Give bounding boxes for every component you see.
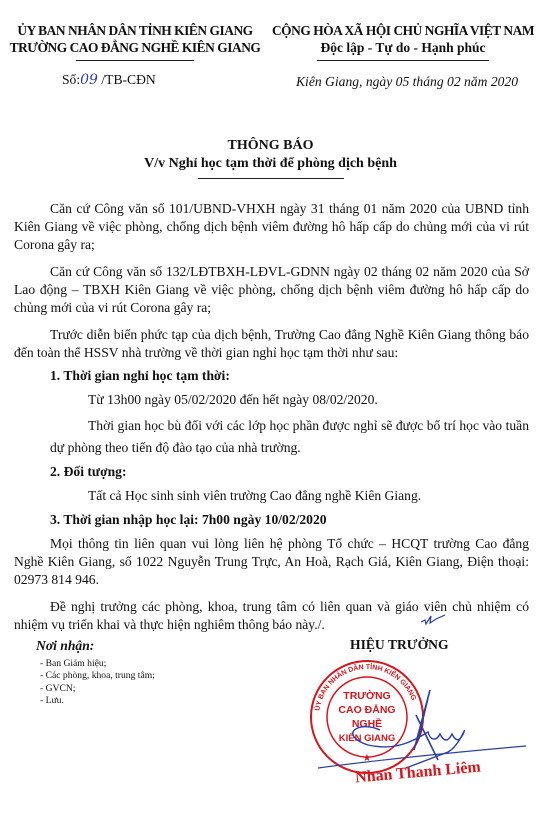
signer-title: HIỆU TRƯỞNG: [350, 637, 449, 653]
header-left-underline: [76, 60, 194, 61]
school-name-line: TRƯỜNG CAO ĐẲNG NGHỀ KIÊN GIANG: [0, 39, 270, 56]
document-body: Căn cứ Công văn số 101/UBND-VHXH ngày 31…: [14, 200, 529, 643]
national-title: CỘNG HÒA XÃ HỘI CHỦ NGHĨA VIỆT NAM: [268, 22, 538, 39]
receiver-item: - Các phòng, khoa, trung tâm;: [40, 670, 155, 682]
handwritten-number: 09: [80, 72, 98, 88]
section-3-heading: 3. Thời gian nhập học lại: 7h00 ngày 10/…: [14, 511, 529, 529]
paragraph-contact: Mọi thông tin liên quan vui lòng liên hệ…: [14, 535, 529, 589]
doc-number-suffix: /TB-CĐN: [98, 72, 156, 87]
document-title-block: THÔNG BÁO V/v Nghỉ học tạm thời để phòng…: [0, 137, 541, 179]
paragraph-legal-basis-2: Căn cứ Công văn số 132/LĐTBXH-LĐVL-GDNN …: [14, 263, 529, 317]
receiver-item: - GVCN;: [40, 683, 155, 695]
handwritten-signature-icon: [318, 690, 528, 770]
section-2-target: Tất cả Học sinh sinh viên trường Cao đẳn…: [14, 487, 529, 505]
document-subject: V/v Nghỉ học tạm thời để phòng dịch bệnh: [0, 155, 541, 172]
paragraph-legal-basis-1: Căn cứ Công văn số 101/UBND-VHXH ngày 31…: [14, 200, 529, 254]
receiver-item: - Lưu.: [40, 695, 155, 707]
receivers-block: Nơi nhận: - Ban Giám hiệu; - Các phòng, …: [36, 638, 155, 707]
doc-number-prefix: Số:: [62, 72, 80, 87]
paragraph-directive: Đề nghị trưởng các phòng, khoa, trung tâ…: [14, 598, 529, 634]
receivers-list: - Ban Giám hiệu; - Các phòng, khoa, trun…: [36, 658, 155, 707]
motto-underline: [317, 60, 489, 61]
section-1-makeup: Thời gian học bù đối với các lớp học phầ…: [14, 415, 529, 459]
section-1-heading: 1. Thời gian nghỉ học tạm thời:: [14, 367, 529, 385]
paragraph-context: Trước diễn biến phức tạp của dịch bệnh, …: [14, 326, 529, 362]
document-title: THÔNG BÁO: [0, 137, 541, 155]
issuing-authority-header: ỦY BAN NHÂN DÂN TỈNH KIÊN GIANG TRƯỜNG C…: [0, 22, 270, 61]
title-underline: [198, 178, 344, 179]
receivers-label: Nơi nhận:: [36, 638, 155, 654]
authority-line: ỦY BAN NHÂN DÂN TỈNH KIÊN GIANG: [0, 22, 270, 39]
initial-mark-icon: [420, 613, 446, 627]
document-number: Số:09 /TB-CĐN: [62, 72, 156, 88]
section-2-heading: 2. Đối tượng:: [14, 463, 529, 481]
place-date: Kiên Giang, ngày 05 tháng 02 năm 2020: [282, 74, 532, 90]
national-header: CỘNG HÒA XÃ HỘI CHỦ NGHĨA VIỆT NAM Độc l…: [268, 22, 538, 61]
receiver-item: - Ban Giám hiệu;: [40, 658, 155, 670]
section-1-dates: Từ 13h00 ngày 05/02/2020 đến hết ngày 08…: [14, 391, 529, 409]
national-motto: Độc lập - Tự do - Hạnh phúc: [268, 39, 538, 56]
